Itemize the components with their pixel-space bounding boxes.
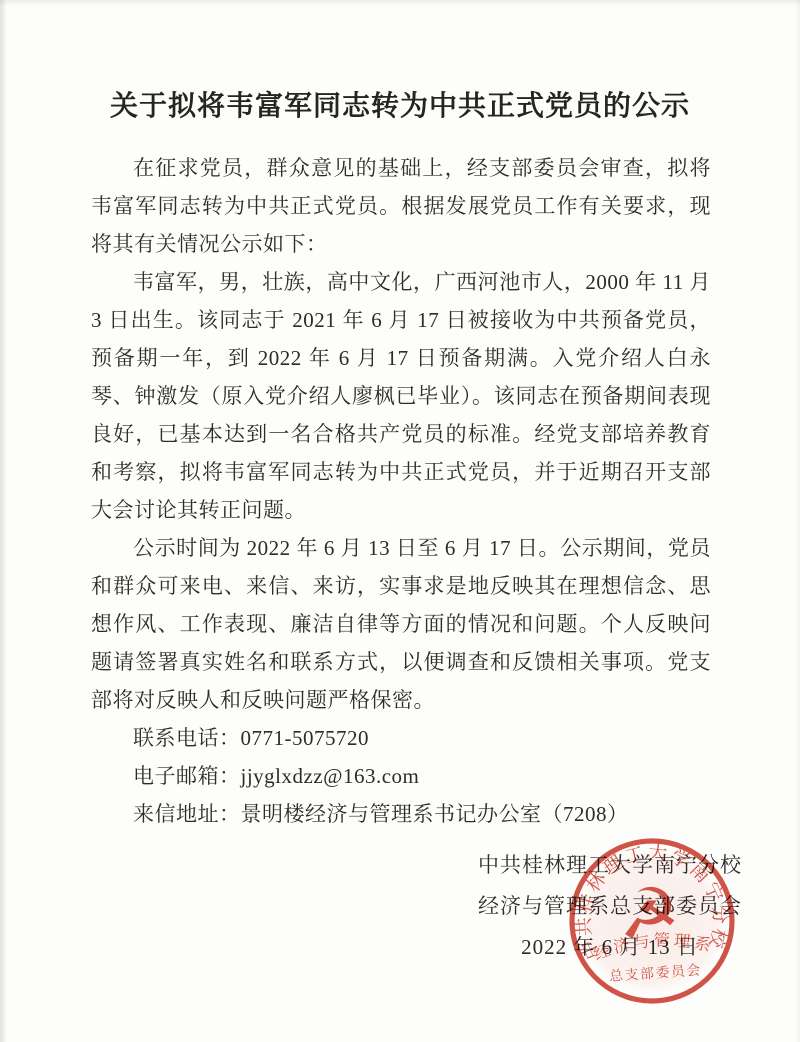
document-body: 在征求党员，群众意见的基础上，经支部委员会审查，拟将韦富军同志转为中共正式党员。… (91, 149, 711, 833)
contact-email-label: 电子邮箱： (133, 764, 241, 788)
contact-phone-value: 0771-5075720 (241, 726, 370, 750)
contact-email-value: jjyglxdzz@163.com (241, 764, 420, 788)
contact-phone-line: 联系电话：0771-5075720 (91, 719, 711, 757)
body-paragraph-member-info: 韦富军，男，壮族，高中文化，广西河池市人，2000 年 11 月 3 日出生。该… (91, 263, 711, 529)
body-paragraph-intro: 在征求党员，群众意见的基础上，经支部委员会审查，拟将韦富军同志转为中共正式党员。… (91, 149, 711, 263)
contact-email-line: 电子邮箱：jjyglxdzz@163.com (91, 757, 711, 795)
contact-address-label: 来信地址： (133, 802, 241, 826)
contact-phone-label: 联系电话： (133, 726, 241, 750)
official-seal: 中共桂林理工大学南宁分校 经济与管理系 总支部委员会 ☭ (560, 829, 744, 1013)
body-paragraph-publicity-period: 公示时间为 2022 年 6 月 13 日至 6 月 17 日。公示期间，党员和… (91, 529, 711, 719)
contact-address-value: 景明楼经济与管理系书记办公室（7208） (241, 802, 629, 826)
seal-bottom-text: 总支部委员会 (609, 961, 703, 983)
document-page: 关于拟将韦富军同志转为中共正式党员的公示 在征求党员，群众意见的基础上，经支部委… (0, 0, 800, 1042)
contact-address-line: 来信地址：景明楼经济与管理系书记办公室（7208） (91, 795, 711, 833)
hammer-sickle-icon: ☭ (615, 872, 682, 956)
document-title: 关于拟将韦富军同志转为中共正式党员的公示 (0, 84, 800, 124)
